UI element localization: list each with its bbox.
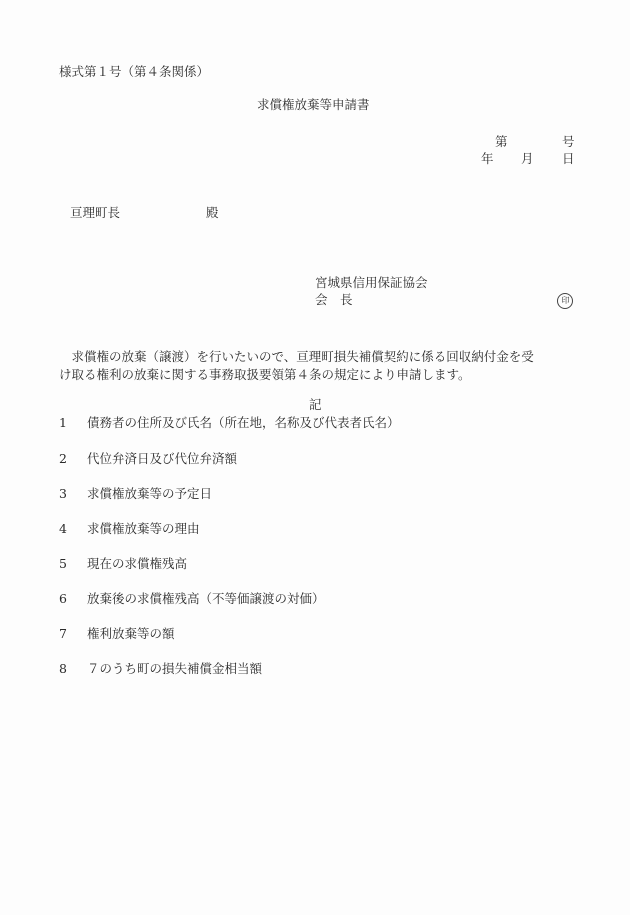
list-item: 3求償権放棄等の予定日 — [59, 488, 212, 501]
item-number: 6 — [59, 593, 87, 606]
item-number: 2 — [59, 453, 87, 466]
list-item: 8７のうち町の損失補償金相当額 — [59, 663, 262, 676]
item-number: 5 — [59, 558, 87, 571]
addressee-honorific: 殿 — [206, 207, 219, 220]
date-month: 月 — [521, 153, 534, 166]
list-item: 2代位弁済日及び代位弁済額 — [59, 453, 237, 466]
body-line-1: 求償権の放棄（譲渡）を行いたいので、亘理町損失補償契約に係る回収納付金を受 — [59, 348, 579, 366]
item-number: 7 — [59, 628, 87, 641]
list-item: 6放棄後の求償権残高（不等価譲渡の対価） — [59, 593, 325, 606]
item-number: 3 — [59, 488, 87, 501]
list-item: 1債務者の住所及び氏名（所在地，名称及び代表者氏名） — [59, 417, 400, 430]
item-label: ７のうち町の損失補償金相当額 — [87, 661, 262, 676]
list-item: 7権利放棄等の額 — [59, 628, 175, 641]
list-item: 4求償権放棄等の理由 — [59, 523, 200, 536]
document-title: 求償権放棄等申請書 — [257, 99, 370, 112]
body-line-2: け取る権利の放棄に関する事務取扱要領第４条の規定により申請します。 — [59, 366, 579, 384]
body-paragraph: 求償権の放棄（譲渡）を行いたいので、亘理町損失補償契約に係る回収納付金を受 け取… — [59, 348, 579, 384]
addressee-name: 亘理町長 — [70, 207, 120, 220]
form-number: 様式第１号（第４条関係） — [59, 66, 209, 79]
item-number: 4 — [59, 523, 87, 536]
applicant-organization: 宮城県信用保証協会 — [315, 277, 428, 290]
item-label: 求償権放棄等の理由 — [87, 521, 200, 536]
item-label: 代位弁済日及び代位弁済額 — [87, 451, 237, 466]
date-year: 年 — [481, 153, 494, 166]
item-label: 現在の求償権残高 — [87, 556, 187, 571]
document-number-dai: 第 — [495, 136, 508, 149]
document-number-go: 号 — [562, 136, 575, 149]
list-item: 5現在の求償権残高 — [59, 558, 187, 571]
item-number: 8 — [59, 663, 87, 676]
item-label: 債務者の住所及び氏名（所在地，名称及び代表者氏名） — [87, 415, 400, 430]
item-label: 放棄後の求償権残高（不等価譲渡の対価） — [87, 591, 325, 606]
ki-heading: 記 — [309, 399, 322, 412]
seal-mark-icon: 印 — [557, 293, 573, 309]
item-label: 求償権放棄等の予定日 — [87, 486, 212, 501]
item-label: 権利放棄等の額 — [87, 626, 175, 641]
date-day: 日 — [562, 153, 575, 166]
item-number: 1 — [59, 417, 87, 430]
applicant-title: 会 長 — [315, 294, 353, 307]
